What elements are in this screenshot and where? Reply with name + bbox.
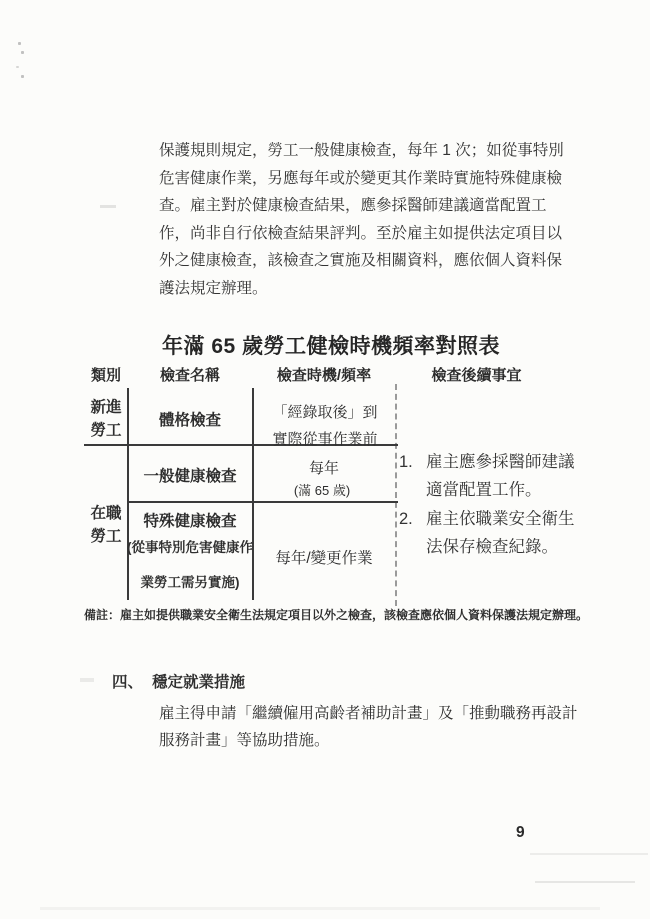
list-number: 2. [399, 506, 426, 561]
paragraph-line: 保護規則規定，勞工一般健康檢查，每年 1 次；如從事特別 [159, 137, 559, 165]
timing-new-worker: 「經錄取後」到 實際從事作業前 [252, 399, 398, 453]
document-page: 保護規則規定，勞工一般健康檢查，每年 1 次；如從事特別 危害健康作業，另應每年… [0, 0, 650, 919]
followup-line: 雇主依職業安全衛生 [426, 506, 614, 534]
exam-name-physical: 體格檢查 [127, 408, 253, 430]
exam-name-special-note: (從事特別危害健康作 [124, 536, 256, 556]
exam-name-general: 一般健康檢查 [127, 464, 253, 486]
table-header-followup: 檢查後續事宜 [404, 364, 549, 385]
category-line: 勞工 [84, 526, 128, 549]
list-number: 1. [399, 449, 426, 504]
table-note: 備註：雇主如提供職業安全衛生法規定項目以外之檢查，該檢查應依個人資料保護法規定辦… [84, 606, 588, 623]
followup-item: 1. 雇主應參採醫師建議 適當配置工作。 [399, 449, 614, 504]
followup-line: 雇主應參採醫師建議 [426, 449, 614, 477]
table-row-divider [127, 501, 398, 503]
exam-name-special: 特殊健康檢查 [127, 509, 253, 531]
timing-general: 每年 [252, 457, 396, 478]
section-body-line: 雇主得申請「繼續僱用高齡者補助計畫」及「推動職務再設計 [159, 701, 578, 723]
scan-smudge [530, 853, 648, 855]
scan-speck [21, 51, 24, 54]
exam-name-special-note: 業勞工需另實施) [127, 571, 253, 591]
scan-smudge [100, 205, 116, 208]
table-header-category: 類別 [84, 364, 128, 385]
category-incumbent-worker: 在職 勞工 [84, 503, 128, 548]
scan-speck [18, 42, 21, 45]
body-paragraph: 保護規則規定，勞工一般健康檢查，每年 1 次；如從事特別 危害健康作業，另應每年… [159, 137, 559, 302]
paragraph-line: 護法規定辦理。 [159, 275, 559, 303]
paragraph-line: 查。雇主對於健康檢查結果，應參採醫師建議適當配置工 [159, 192, 559, 220]
followup-line: 適當配置工作。 [426, 477, 614, 505]
scan-speck [16, 66, 19, 68]
table-header-timing: 檢查時機/頻率 [252, 364, 396, 385]
table-title: 年滿 65 歲勞工健檢時機頻率對照表 [162, 330, 500, 360]
timing-line: 「經錄取後」到 [252, 399, 398, 426]
category-line: 在職 [84, 503, 128, 526]
page-number: 9 [516, 824, 525, 842]
scan-smudge [535, 881, 635, 883]
followup-item: 2. 雇主依職業安全衛生 法保存檢查紀錄。 [399, 506, 614, 561]
followup-line: 法保存檢查紀錄。 [426, 534, 614, 562]
scan-speck [21, 75, 24, 78]
paragraph-line: 外之健康檢查，該檢查之實施及相關資料，應依個人資料保 [159, 247, 559, 275]
followup-text: 雇主依職業安全衛生 法保存檢查紀錄。 [426, 506, 614, 561]
followup-list: 1. 雇主應參採醫師建議 適當配置工作。 2. 雇主依職業安全衛生 法保存檢查紀… [399, 449, 614, 561]
section-body-line: 服務計畫」等協助措施。 [159, 728, 330, 750]
timing-line: 實際從事作業前 [252, 426, 398, 453]
timing-special: 每年/變更作業 [252, 546, 396, 568]
followup-text: 雇主應參採醫師建議 適當配置工作。 [426, 449, 614, 504]
scan-smudge [40, 907, 600, 910]
paragraph-line: 作，尚非自行依檢查結果評判。至於雇主如提供法定項目以 [159, 220, 559, 248]
timing-general-note: (滿 65 歲) [250, 480, 394, 499]
category-line: 勞工 [84, 420, 128, 443]
paragraph-line: 危害健康作業，另應每年或於變更其作業時實施特殊健康檢 [159, 165, 559, 193]
section-number: 四、 [112, 670, 143, 692]
scan-smudge [80, 678, 94, 682]
category-line: 新進 [84, 397, 128, 420]
table-header-exam-name: 檢查名稱 [127, 364, 253, 385]
category-new-worker: 新進 勞工 [84, 397, 128, 442]
section-title: 穩定就業措施 [152, 670, 245, 692]
